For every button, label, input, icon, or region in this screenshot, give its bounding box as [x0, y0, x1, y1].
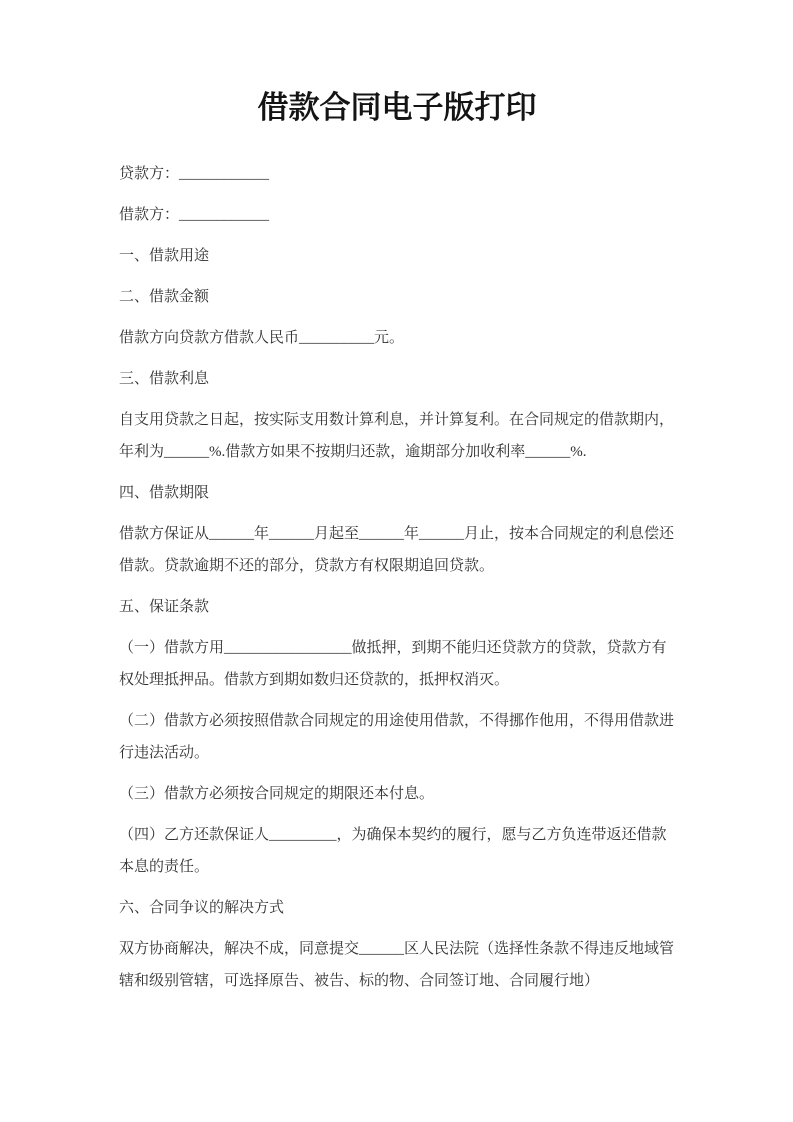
document-page: 借款合同电子版打印 贷款方：____________ 借款方：_________…: [0, 0, 793, 1122]
section6-body: 双方协商解决，解决不成，同意提交______区人民法院（选择性条款不得违反地域管…: [119, 933, 675, 997]
section4-heading: 四、借款期限: [119, 477, 675, 509]
clause2-paragraph: （二）借款方必须按照借款合同规定的用途使用借款，不得挪作他用，不得用借款进行违法…: [119, 705, 675, 769]
section4-body: 借款方保证从______年______月起至______年______月止，按本…: [119, 518, 675, 582]
section1-heading: 一、借款用途: [119, 240, 675, 272]
section2-heading: 二、借款金额: [119, 281, 675, 313]
section2-body: 借款方向贷款方借款人民币__________元。: [119, 322, 675, 354]
clause4-paragraph: （四）乙方还款保证人_________，为确保本契约的履行，愿与乙方负连带返还借…: [119, 819, 675, 883]
section5-heading: 五、保证条款: [119, 591, 675, 623]
document-title: 借款合同电子版打印: [119, 88, 675, 128]
section3-body: 自支用贷款之日起，按实际支用数计算利息，并计算复利。在合同规定的借款期内，年利为…: [119, 404, 675, 468]
section6-heading: 六、合同争议的解决方式: [119, 892, 675, 924]
clause1-paragraph: （一）借款方用_________________做抵押，到期不能归还贷款方的贷款…: [119, 632, 675, 696]
clause3-paragraph: （三）借款方必须按合同规定的期限还本付息。: [119, 778, 675, 810]
borrower-field-line: 借款方：____________: [119, 199, 675, 231]
lender-field-line: 贷款方：____________: [119, 158, 675, 190]
section3-heading: 三、借款利息: [119, 363, 675, 395]
